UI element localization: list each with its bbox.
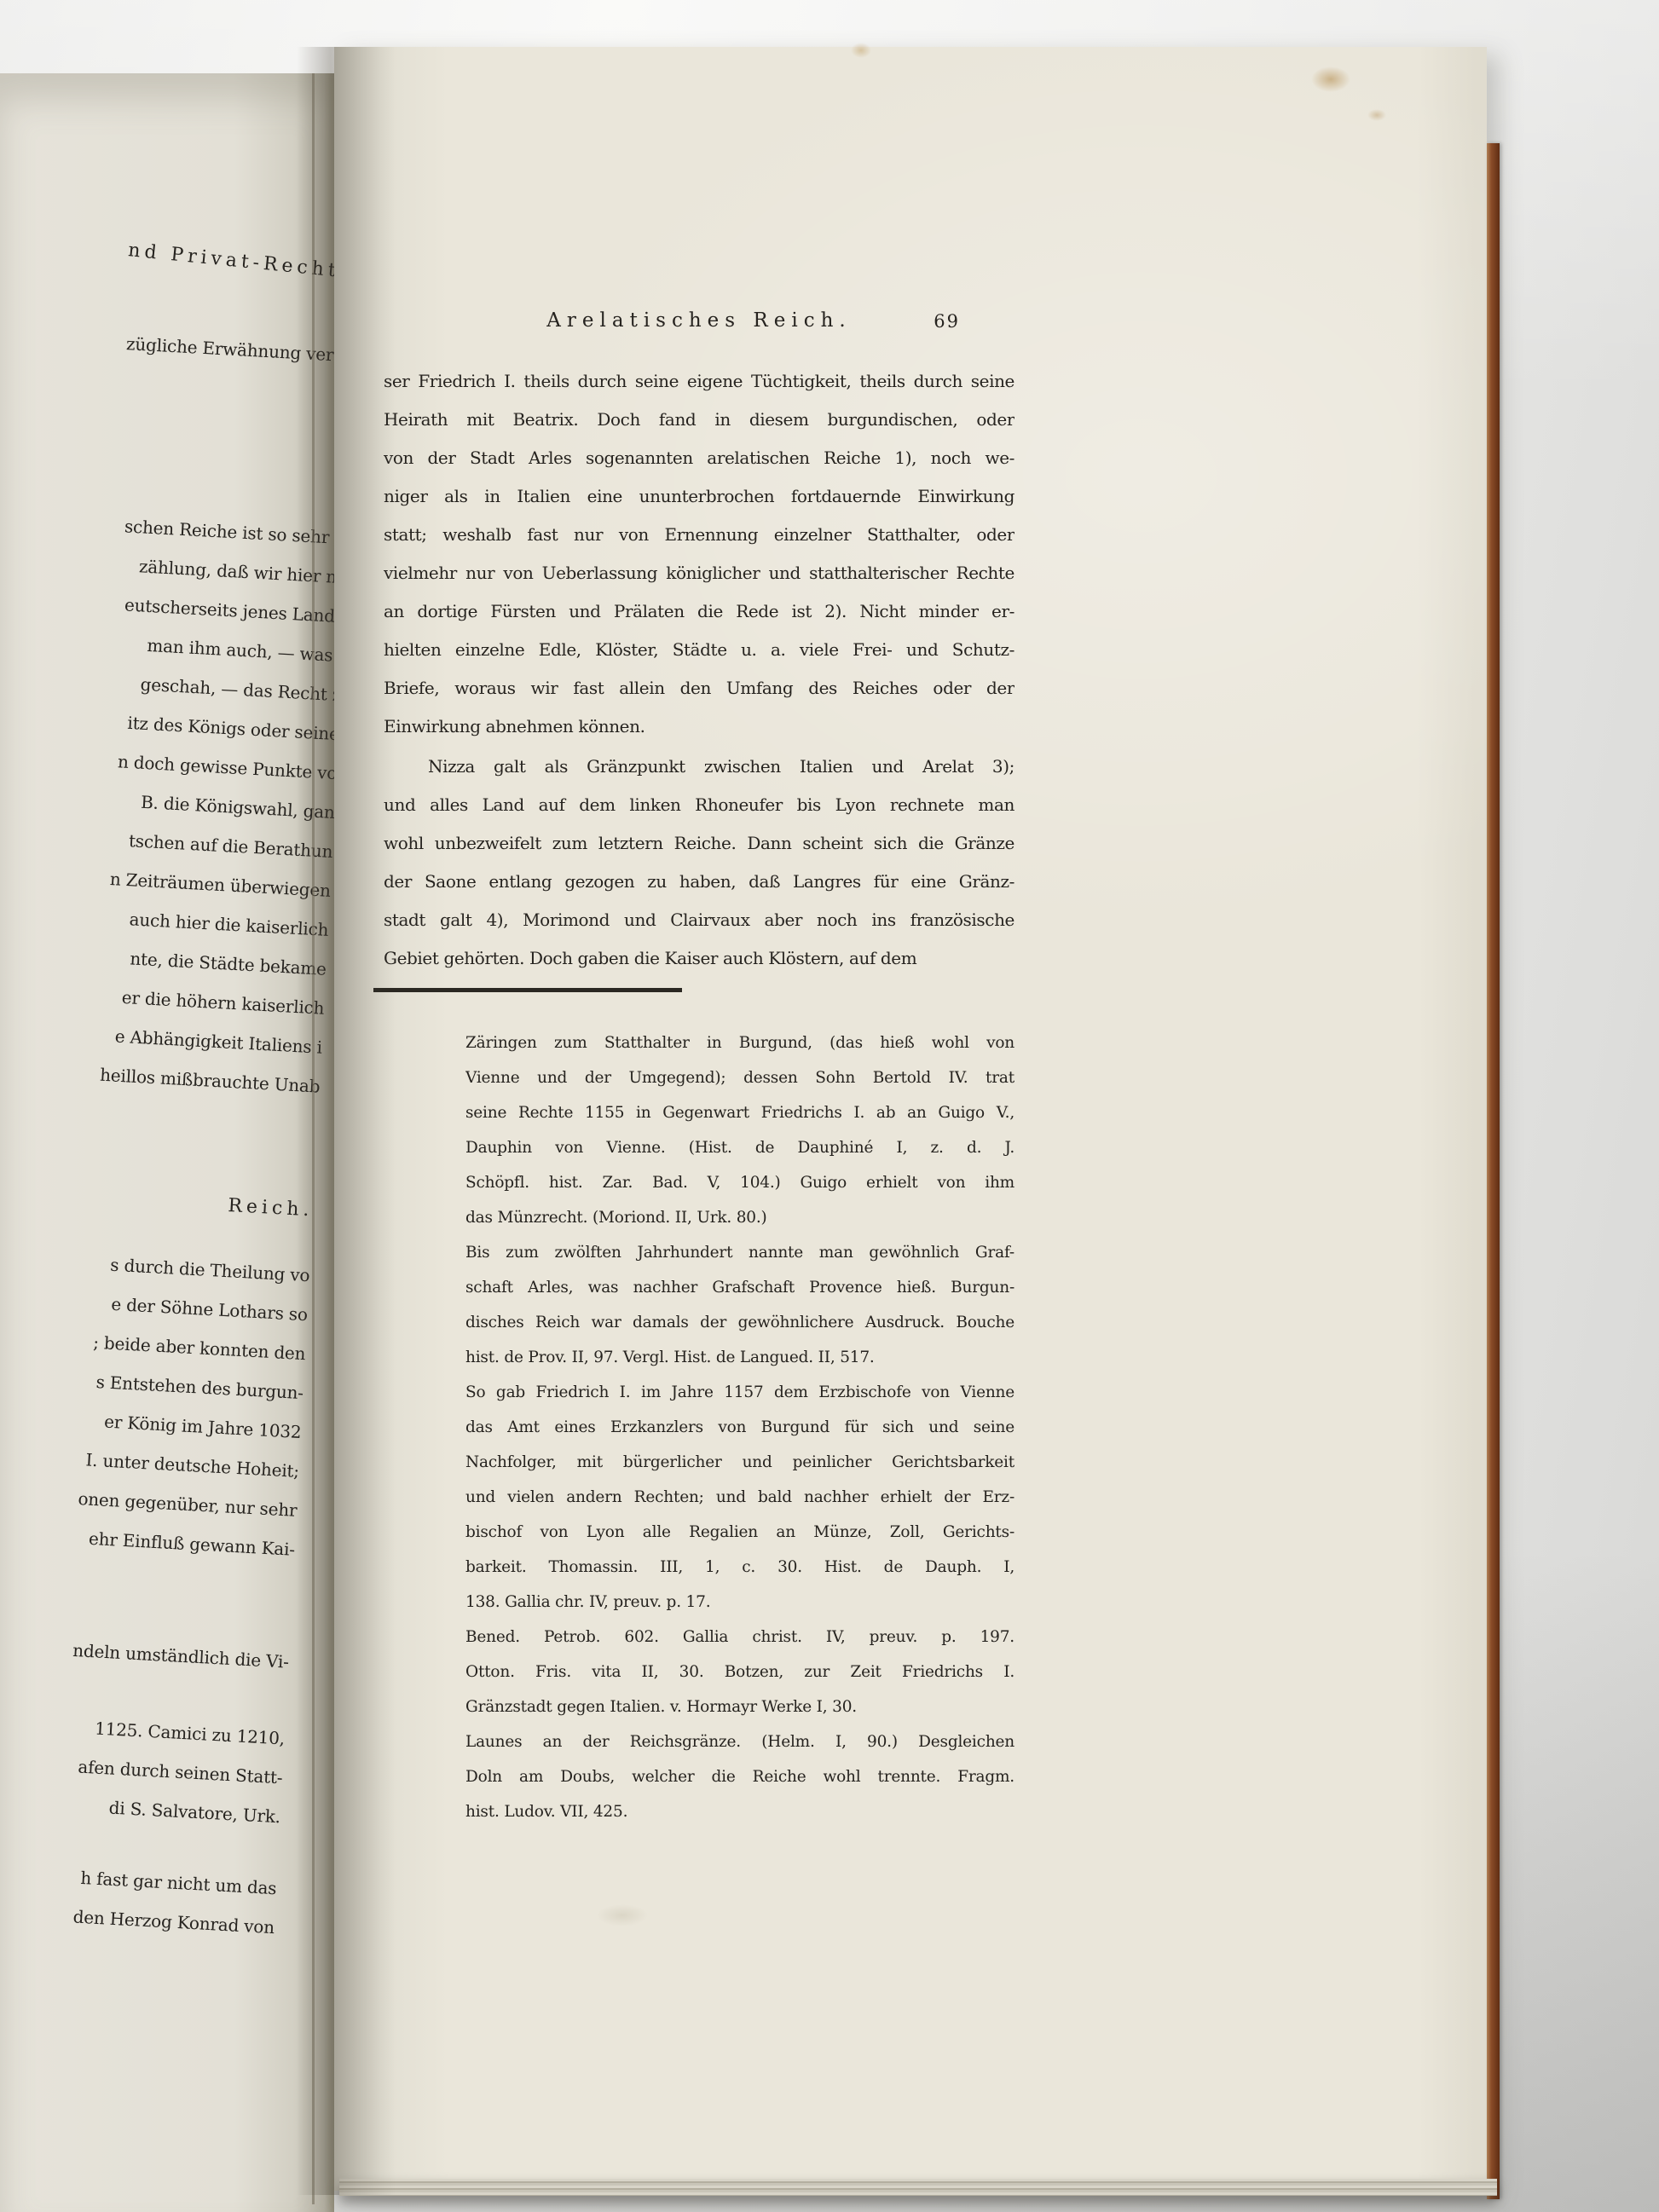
book-photo-scene: nd Privat-Rechts. zügliche Erwähnung ver… <box>0 0 1659 2212</box>
text-line: Nizza galt als Gränzpunkt zwischen Itali… <box>384 748 1014 786</box>
text-line: niger als in Italien eine ununterbrochen… <box>384 477 1014 516</box>
paper-stain <box>1311 66 1350 92</box>
left-page-section-heading: Reich. <box>0 1164 315 1230</box>
left-page-fragment-group: h fast gar nicht um dasden Herzog Konrad… <box>0 1841 278 1947</box>
footnote-line: Gränzstadt gegen Italien. v. Hormayr Wer… <box>465 1689 1014 1724</box>
paper-stain <box>1367 109 1386 121</box>
text-line: von der Stadt Arles sogenannten arelatis… <box>384 439 1014 477</box>
footnote-line: 1)Bis zum zwölften Jahrhundert nannte ma… <box>465 1235 1014 1270</box>
left-page-fragment-group: 1125. Camici zu 1210,afen durch seinen S… <box>0 1691 286 1836</box>
footnote-line: Dauphin von Vienne. (Hist. de Dauphiné I… <box>465 1130 1014 1165</box>
book-cover-edge <box>1487 143 1500 2199</box>
footnotes-block: Zäringen zum Statthalter in Burgund, (da… <box>384 1025 1014 1829</box>
footnote-line: Vienne und der Umgegend); dessen Sohn Be… <box>465 1060 1014 1095</box>
running-header: Arelatisches Reich. 69 <box>384 309 1014 348</box>
left-page-fragment-group: ndeln umständlich die Vi- <box>0 1614 290 1681</box>
text-line: Reich. <box>0 1164 315 1230</box>
footnote-line: hist. de Prov. II, 97. Vergl. Hist. de L… <box>465 1340 1014 1375</box>
footnote-separator-rule <box>373 988 682 992</box>
left-book-page: nd Privat-Rechts. zügliche Erwähnung ver… <box>0 73 334 2212</box>
text-line: und alles Land auf dem linken Rhoneufer … <box>384 786 1014 824</box>
text-line: stadt galt 4), Morimond und Clairvaux ab… <box>384 901 1014 939</box>
footnote-line: das Amt eines Erzkanzlers von Burgund fü… <box>465 1410 1014 1445</box>
text-line: statt; weshalb fast nur von Ernennung ei… <box>384 516 1014 554</box>
footnote-line: Otton. Fris. vita II, 30. Botzen, zur Ze… <box>465 1655 1014 1689</box>
footnote-line: das Münzrecht. (Moriond. II, Urk. 80.) <box>465 1200 1014 1235</box>
footnote-line: Doln am Doubs, welcher die Reiche wohl t… <box>465 1759 1014 1794</box>
footnote-line: schaft Arles, was nachher Grafschaft Pro… <box>465 1270 1014 1305</box>
footnote-line: Zäringen zum Statthalter in Burgund, (da… <box>465 1025 1014 1060</box>
footnote-line: bischof von Lyon alle Regalien an Münze,… <box>465 1515 1014 1550</box>
page-stack-bottom-edge <box>339 2179 1497 2196</box>
right-book-page: Arelatisches Reich. 69 ser Friedrich I. … <box>334 47 1487 2191</box>
footnote-line: hist. Ludov. VII, 425. <box>465 1794 1014 1829</box>
text-line: Einwirkung abnehmen können. <box>384 707 1014 746</box>
text-line: an dortige Fürsten und Prälaten die Rede… <box>384 592 1014 631</box>
body-paragraph: ser Friedrich I. theils durch seine eige… <box>384 362 1014 746</box>
page-header-title: Arelatisches Reich. <box>546 309 851 332</box>
footnote-line: barkeit. Thomassin. III, 1, c. 30. Hist.… <box>465 1550 1014 1585</box>
footnote-line: 2)So gab Friedrich I. im Jahre 1157 dem … <box>465 1375 1014 1410</box>
text-line: hielten einzelne Edle, Klöster, Städte u… <box>384 631 1014 669</box>
text-line: wohl unbezweifelt zum letztern Reiche. D… <box>384 824 1014 863</box>
footnote-line: Schöpfl. hist. Zar. Bad. V, 104.) Guigo … <box>465 1165 1014 1200</box>
left-page-edge <box>312 73 315 2204</box>
page-number: 69 <box>934 311 960 332</box>
footnote-line: und vielen andern Rechten; und bald nach… <box>465 1480 1014 1515</box>
footnote-line: 3)Bened. Petrob. 602. Gallia christ. IV,… <box>465 1620 1014 1655</box>
paper-stain <box>597 1904 648 1926</box>
footnote-line: seine Rechte 1155 in Gegenwart Friedrich… <box>465 1095 1014 1130</box>
text-line: ndeln umständlich die Vi- <box>0 1614 290 1681</box>
text-line: ser Friedrich I. theils durch seine eige… <box>384 362 1014 401</box>
paper-stain <box>851 43 871 58</box>
text-line: Briefe, woraus wir fast allein den Umfan… <box>384 669 1014 707</box>
text-line: der Saone entlang gezogen zu haben, daß … <box>384 863 1014 901</box>
footnote-line: Nachfolger, mit bürgerlicher und peinlic… <box>465 1445 1014 1480</box>
footnote-line: disches Reich war damals der gewöhnliche… <box>465 1305 1014 1340</box>
right-page-content: Arelatisches Reich. 69 ser Friedrich I. … <box>384 47 1014 2191</box>
text-line: vielmehr nur von Ueberlassung königliche… <box>384 554 1014 592</box>
left-page-fragment-group: s durch die Theilung voe der Söhne Lotha… <box>0 1228 311 1569</box>
footnote-line: 4)Launes an der Reichsgränze. (Helm. I, … <box>465 1724 1014 1759</box>
text-line: Heirath mit Beatrix. Doch fand in diesem… <box>384 401 1014 439</box>
text-line: Gebiet gehörten. Doch gaben die Kaiser a… <box>384 939 1014 978</box>
footnote-line: 138. Gallia chr. IV, preuv. p. 17. <box>465 1585 1014 1620</box>
body-paragraph: Nizza galt als Gränzpunkt zwischen Itali… <box>384 748 1014 978</box>
